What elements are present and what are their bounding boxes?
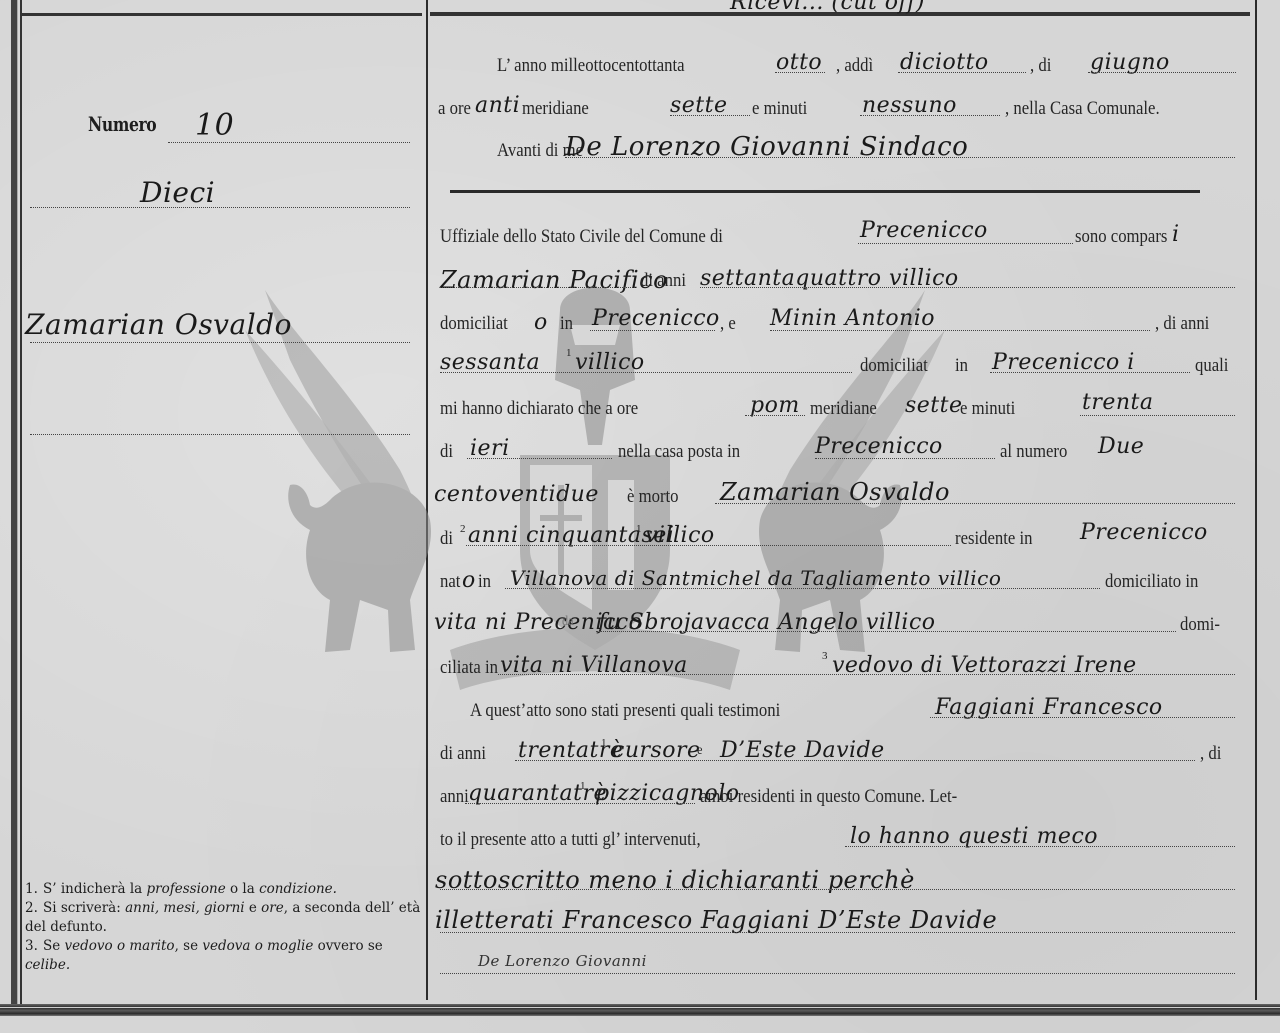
dotline (1080, 415, 1235, 416)
dotline (745, 415, 805, 416)
dotline (440, 372, 852, 373)
document-page: Ricevi... (cut off) (0, 0, 1280, 1033)
footnote-number: 2. (25, 899, 43, 918)
dotline (440, 889, 1235, 890)
print-l8b: meridiane (810, 398, 877, 420)
left-border-inner (20, 0, 22, 1005)
dotline (860, 115, 1000, 116)
print-l6a: domiciliat (440, 313, 508, 335)
print-l13a: da (562, 614, 574, 630)
dotline (930, 717, 1235, 718)
print-l7b: in (955, 355, 968, 377)
footnote-ref-3: 3 (822, 650, 828, 662)
dotline (775, 72, 825, 73)
print-l4a: Uffiziale dello Stato Civile del Comune … (440, 226, 723, 248)
footnote-3: 3.Se vedovo o marito, se vedova o moglie… (25, 937, 425, 975)
hand-l8-min: trenta (1082, 390, 1154, 415)
footnote-text: Se (43, 938, 65, 954)
top-rule-left (22, 13, 422, 16)
print-l11a: di (440, 528, 453, 550)
print-l6c: , e (720, 313, 736, 335)
numero-words-dotline (30, 207, 410, 208)
hand-l9-place: Precenicco (815, 434, 943, 459)
footnote-text: S’ indicherà la (43, 881, 147, 897)
print-l16b: e (697, 743, 702, 759)
footnote-text: o la (226, 881, 259, 897)
hand-l4-suffix: i (1172, 222, 1180, 247)
print-l7a: domiciliat (860, 355, 928, 377)
column-divider (426, 0, 428, 1000)
footnote-ref-1b: 1 (636, 523, 642, 535)
print-l10a: è morto (627, 486, 679, 508)
print-l2c: e minuti (752, 98, 807, 120)
dotline (1088, 72, 1236, 73)
dotline (465, 803, 695, 804)
footnote-text: professione (147, 881, 226, 897)
dotline (565, 157, 1235, 158)
print-l6b: in (560, 313, 573, 335)
hand-l9-num-a: Due (1098, 434, 1144, 459)
dotline (815, 458, 995, 459)
hand-comune: Precenicco (860, 218, 988, 243)
dotline (670, 115, 750, 116)
numero-label: Numero (88, 112, 156, 136)
print-l18a: to il presente atto a tutti gl’ interven… (440, 829, 701, 851)
footnote-text: e (245, 900, 262, 916)
official-signature: De Lorenzo Giovanni (478, 952, 647, 970)
print-l6d: , di anni (1155, 313, 1209, 335)
hand-l20: illetterati Francesco Faggiani D’Este Da… (435, 906, 997, 934)
deceased-name-dotline (30, 342, 410, 343)
footnote-text: anni, mesi, giorni (125, 900, 245, 916)
print-l4b: sono compars (1075, 226, 1167, 248)
dotline (700, 287, 1235, 288)
print-l1b: , addì (836, 55, 873, 77)
footnote-2: 2.Si scriverà: anni, mesi, giorni e ore,… (25, 899, 425, 937)
dotline (440, 287, 635, 288)
hand-l10-deceased: Zamarian Osvaldo (720, 478, 950, 506)
footnote-number: 3. (25, 937, 43, 956)
print-l12b: in (478, 571, 491, 593)
print-l9a: di (440, 441, 453, 463)
footnote-text: ovvero se (313, 938, 382, 954)
print-l8c: e minuti (960, 398, 1015, 420)
print-l16c: , di (1200, 743, 1221, 765)
dotline (596, 631, 1176, 632)
dotline (715, 503, 1235, 504)
print-l12a: nat (440, 571, 460, 593)
left-border-highlight (17, 0, 18, 1005)
print-l15a: A quest’atto sono stati presenti quali t… (470, 700, 780, 722)
dotline (440, 932, 1235, 933)
bottom-border (0, 1004, 1280, 1016)
footnotes: 1.S’ indicherà la professione o la condi… (25, 880, 425, 975)
print-l17a: anni (440, 786, 469, 808)
extra-dotline (30, 434, 410, 435)
print-l12c: domiciliato in (1105, 571, 1198, 593)
footnote-text: Si scriverà: (43, 900, 125, 916)
print-l16a: di anni (440, 743, 486, 765)
hand-l12-suffix: o (462, 568, 476, 593)
footnote-text: , se (175, 938, 203, 954)
numero-words: Dieci (140, 176, 215, 209)
footnote-ref-1c: 1 (601, 737, 607, 749)
hand-witness2: Minin Antonio (770, 306, 935, 331)
footnote-text: condizione. (259, 881, 337, 897)
print-l9b: nella casa posta in (618, 441, 740, 463)
hand-l12-birth: Villanova di Santmichel da Tagliamento v… (510, 566, 1001, 590)
footnote-ref-1d: 1 (580, 780, 586, 792)
hand-l8-hour: sette (905, 393, 963, 418)
footnote-ref-2: 2 (460, 523, 466, 535)
dotline (440, 973, 1235, 974)
footnote-text: ore (261, 900, 284, 916)
print-l11b: residente in (955, 528, 1033, 550)
dotline (515, 760, 1195, 761)
dotline (990, 372, 1190, 373)
footnote-1: 1.S’ indicherà la professione o la condi… (25, 880, 425, 899)
print-l1a: L’ anno milleottocentottanta (497, 55, 685, 77)
section-separator (450, 190, 1200, 193)
dotline (770, 330, 1150, 331)
top-remnant-handwriting: Ricevi... (cut off) (730, 0, 925, 15)
hand-l6-suffix: o (534, 310, 548, 335)
bottom-border-highlight (0, 1007, 1280, 1008)
print-l1c: , di (1030, 55, 1051, 77)
hand-l10-num-b: centoventidue (434, 482, 599, 507)
dotline (466, 545, 951, 546)
print-l2a: a ore (438, 98, 471, 120)
dotline (898, 72, 1026, 73)
print-l17b: ambi residenti in questo Comune. Let- (700, 786, 957, 808)
footnote-number: 1. (25, 880, 43, 899)
print-l13b: domi- (1180, 614, 1220, 636)
right-margin-divider (1255, 0, 1257, 1000)
print-l2d: , nella Casa Comunale. (1005, 98, 1160, 120)
footnote-ref-1: 1 (566, 347, 572, 359)
numero-value: 10 (195, 108, 234, 143)
print-l14a: ciliata in (440, 657, 498, 679)
dotline (590, 330, 715, 331)
print-l2b: meridiane (522, 98, 589, 120)
dotline (467, 458, 612, 459)
print-l8a: mi hanno dichiarato che a ore (440, 398, 638, 420)
dotline (858, 243, 1073, 244)
print-l9c: al numero (1000, 441, 1067, 463)
hand-l11-res: Precenicco (1080, 520, 1208, 545)
hand-ampm: anti (475, 93, 520, 118)
dotline (845, 846, 1235, 847)
hand-place1: Precenicco (592, 306, 720, 331)
deceased-name: Zamarian Osvaldo (25, 308, 292, 341)
hand-witness1: Zamarian Pacifico (440, 266, 668, 294)
footnote-text: vedova o moglie (202, 938, 313, 954)
footnote-text: vedovo o marito (65, 938, 175, 954)
dotline (498, 674, 1235, 675)
print-l5a: di anni (640, 270, 686, 292)
dotline (505, 588, 1100, 589)
footnote-text: celibe. (25, 957, 70, 973)
print-l7c: quali (1195, 355, 1228, 377)
